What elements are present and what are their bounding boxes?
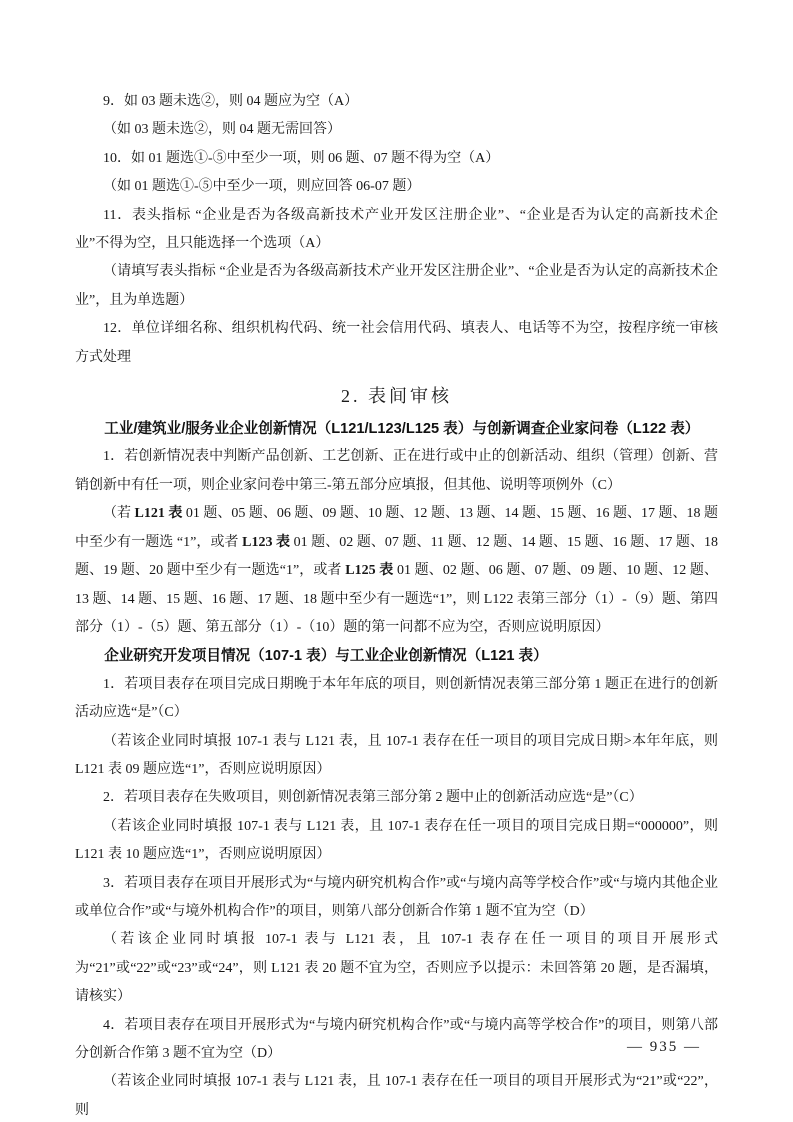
text-run: 2．若项目表存在失败项目，则创新情况表第三部分第 2 题中止的创新活动应选“是”… [103, 790, 643, 805]
audit-rule-paragraph: 1．若项目表存在项目完成日期晚于本年年底的项目，则创新情况表第三部分第 1 题正… [75, 671, 718, 728]
table-code: L123 表 [242, 535, 290, 550]
audit-rule-paragraph: （若该企业同时填报 107-1 表与 L121 表，且 107-1 表存在任一项… [75, 1068, 718, 1122]
rule-paragraph: （请填写表头指标 “企业是否为各级高新技术产业开发区注册企业”、“企业是否为认定… [75, 258, 718, 315]
audit-rule-paragraph: （若该企业同时填报 107-1 表与 L121 表，且 107-1 表存在任一项… [75, 728, 718, 785]
rule-paragraph: 10．如 01 题选①-⑤中至少一项，则 06 题、07 题不得为空（A） [75, 145, 718, 173]
audit-rule-paragraph: （若该企业同时填报 107-1 表与 L121 表，且 107-1 表存在任一项… [75, 813, 718, 870]
text-run: （若该企业同时填报 107-1 表与 L121 表，且 107-1 表存在任一项… [75, 819, 718, 862]
audit-rule-paragraph: 4．若项目表存在项目开展形式为“与境内研究机构合作”或“与境内高等学校合作”的项… [75, 1012, 718, 1069]
audit-rule-paragraph: 3．若项目表存在项目开展形式为“与境内研究机构合作”或“与境内高等学校合作”或“… [75, 870, 718, 927]
text-run: 1．若项目表存在项目完成日期晚于本年年底的项目，则创新情况表第三部分第 1 题正… [75, 677, 718, 720]
rule-paragraph: （如 03 题未选②，则 04 题无需回答） [75, 116, 718, 144]
table-code: L121 表 [135, 506, 183, 521]
text-run: 1．若创新情况表中判断产品创新、工艺创新、正在进行或中止的创新活动、组织（管理）… [75, 449, 718, 492]
text-run: （若 [103, 506, 135, 521]
audit-rule-paragraph: 1．若创新情况表中判断产品创新、工艺创新、正在进行或中止的创新活动、组织（管理）… [75, 443, 718, 500]
audit-rule-paragraph: （若该企业同时填报 107-1 表与 L121 表，且 107-1 表存在任一项… [75, 926, 718, 1011]
document-page: 9．如 03 题未选②，则 04 题应为空（A）（如 03 题未选②，则 04 … [0, 0, 793, 1122]
page-content: 9．如 03 题未选②，则 04 题应为空（A）（如 03 题未选②，则 04 … [75, 88, 718, 1122]
text-run: （若该企业同时填报 107-1 表与 L121 表，且 107-1 表存在任一项… [75, 932, 718, 1004]
subsections: 工业/建筑业/服务业企业创新情况（L121/L123/L125 表）与创新调查企… [75, 415, 718, 1122]
rule-paragraph: 9．如 03 题未选②，则 04 题应为空（A） [75, 88, 718, 116]
rule-paragraph: 12．单位详细名称、组织机构代码、统一社会信用代码、填表人、电话等不为空，按程序… [75, 315, 718, 372]
subsection-title: 企业研究开发项目情况（107-1 表）与工业企业创新情况（L121 表） [75, 642, 718, 670]
audit-rule-paragraph: （若 L121 表 01 题、05 题、06 题、09 题、10 题、12 题、… [75, 500, 718, 642]
text-run: 3．若项目表存在项目开展形式为“与境内研究机构合作”或“与境内高等学校合作”或“… [75, 876, 718, 919]
text-run: 4．若项目表存在项目开展形式为“与境内研究机构合作”或“与境内高等学校合作”的项… [75, 1018, 718, 1061]
page-number: — 935 — [627, 1036, 701, 1058]
rule-paragraph: （如 01 题选①-⑤中至少一项，则应回答 06-07 题） [75, 173, 718, 201]
text-run: （若该企业同时填报 107-1 表与 L121 表，且 107-1 表存在任一项… [75, 1074, 718, 1117]
rule-paragraph: 11．表头指标 “企业是否为各级高新技术产业开发区注册企业”、“企业是否为认定的… [75, 202, 718, 259]
section-heading: 2. 表间审核 [75, 381, 718, 411]
text-run: （若该企业同时填报 107-1 表与 L121 表，且 107-1 表存在任一项… [75, 734, 718, 777]
general-audit-rules: 9．如 03 题未选②，则 04 题应为空（A）（如 03 题未选②，则 04 … [75, 88, 718, 372]
table-code: L125 表 [345, 563, 393, 578]
subsection-title: 工业/建筑业/服务业企业创新情况（L121/L123/L125 表）与创新调查企… [75, 415, 718, 443]
audit-rule-paragraph: 2．若项目表存在失败项目，则创新情况表第三部分第 2 题中止的创新活动应选“是”… [75, 784, 718, 812]
